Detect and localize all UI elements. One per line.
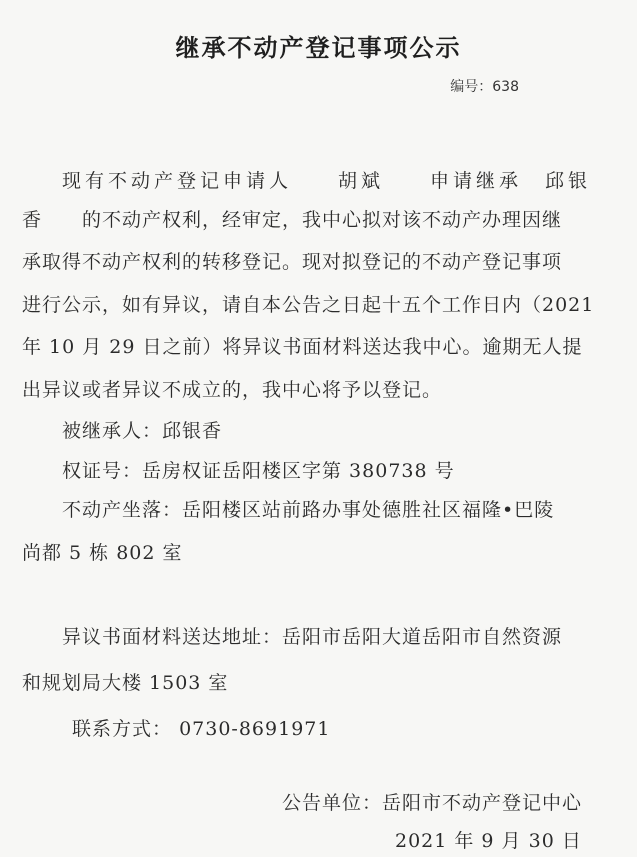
body-line: 现有不动产登记申请人 胡斌 申请继承 邱银 [62, 166, 591, 193]
notice-document: 继承不动产登记事项公示 编号：638 现有不动产登记申请人 胡斌 申请继承 邱银… [0, 0, 637, 857]
document-number: 编号：638 [450, 76, 519, 96]
certificate-field: 权证号：岳房权证岳阳楼区字第 380738 号 [62, 456, 455, 483]
location-value-line1: 岳阳楼区站前路办事处德胜社区福隆•巴陵 [182, 499, 554, 521]
certificate-label: 权证号： [62, 460, 142, 482]
issuer-field: 公告单位：岳阳市不动产登记中心 [282, 788, 582, 815]
body-line: 承取得不动产权利的转移登记。现对拟登记的不动产登记事项 [22, 247, 562, 274]
location-value-line2: 尚都 5 栋 802 室 [22, 538, 183, 565]
location-field: 不动产坐落：岳阳楼区站前路办事处德胜社区福隆•巴陵 [62, 495, 554, 522]
decedent-label: 被继承人： [62, 420, 162, 442]
objection-address-line2: 和规划局大楼 1503 室 [22, 668, 228, 695]
location-label: 不动产坐落： [62, 499, 182, 521]
issuer-label: 公告单位： [282, 792, 382, 814]
contact-field: 联系方式： 0730-8691971 [72, 714, 330, 741]
page-title: 继承不动产登记事项公示 [0, 28, 637, 63]
issuer-value: 岳阳市不动产登记中心 [382, 792, 582, 814]
decedent-field: 被继承人：邱银香 [62, 416, 222, 443]
certificate-value: 岳房权证岳阳楼区字第 380738 号 [142, 460, 455, 482]
contact-value: 0730-8691971 [179, 718, 330, 740]
contact-label: 联系方式： [72, 718, 172, 740]
objection-address-label: 异议书面材料送达地址： [62, 626, 282, 648]
decedent-value: 邱银香 [162, 420, 222, 442]
notice-date: 2021 年 9 月 30 日 [395, 826, 582, 853]
objection-address-field: 异议书面材料送达地址：岳阳市岳阳大道岳阳市自然资源 [62, 622, 562, 649]
body-line: 进行公示，如有异议，请自本公告之日起十五个工作日内（2021 [22, 290, 594, 317]
document-number-label: 编号： [450, 79, 492, 95]
body-line: 香 的不动产权利，经审定，我中心拟对该不动产办理因继 [22, 205, 562, 232]
document-number-value: 638 [492, 79, 519, 95]
objection-address-line1: 岳阳市岳阳大道岳阳市自然资源 [282, 626, 562, 648]
body-line: 出异议或者异议不成立的，我中心将予以登记。 [22, 375, 442, 402]
body-line: 年 10 月 29 日之前）将异议书面材料送达我中心。逾期无人提 [22, 332, 583, 359]
